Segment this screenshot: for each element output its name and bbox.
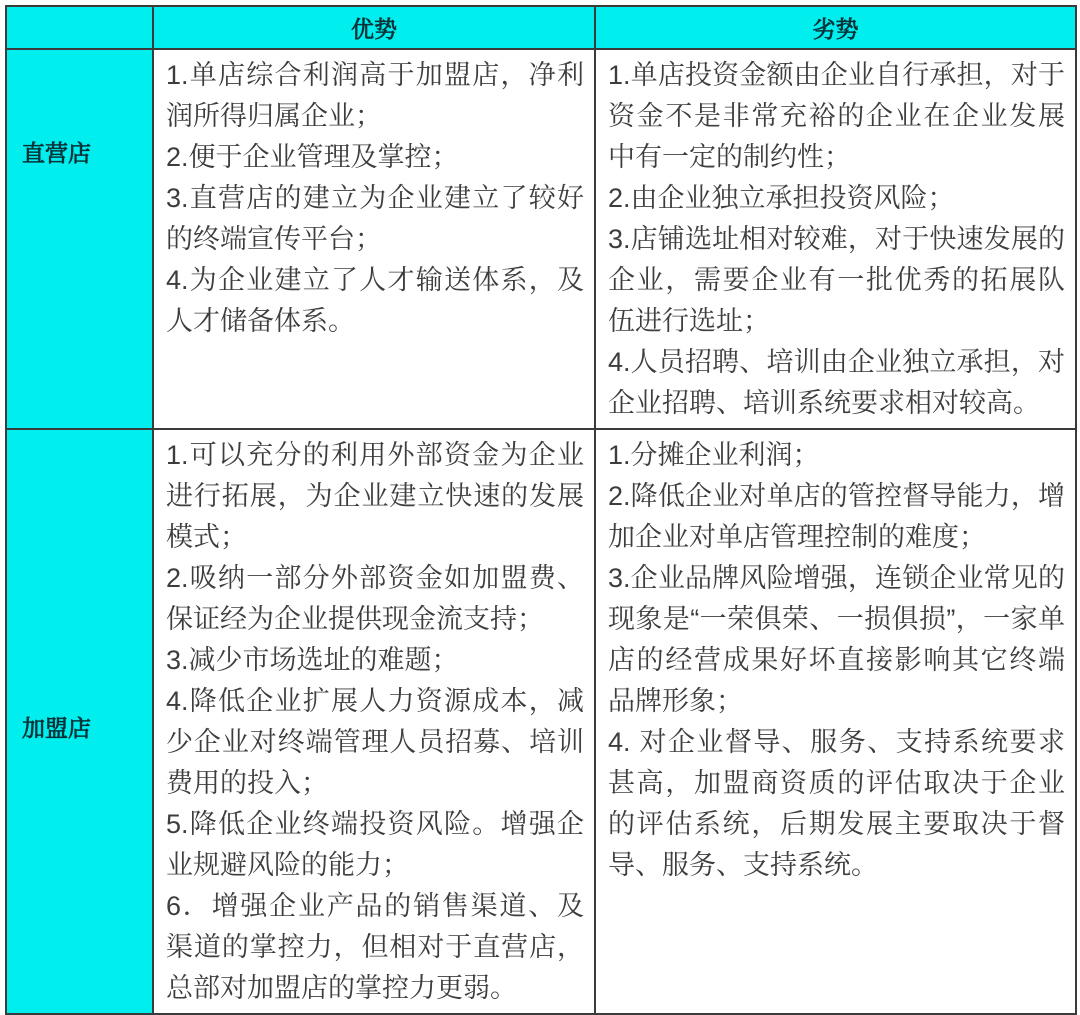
franchise-store-disadvantages-cell: 1.分摊企业利润； 2.降低企业对单店的管控督导能力，增加企业对单店管理控制的难… <box>595 429 1076 1014</box>
direct-store-advantages-cell: 1.单店综合利润高于加盟店，净利润所得归属企业； 2.便于企业管理及掌控； 3.… <box>153 49 595 429</box>
list-item: 3.直营店的建立为企业建立了较好的终端宣传平台； <box>166 178 584 260</box>
comparison-table: 优势 劣势 直营店 1.单店综合利润高于加盟店，净利润所得归属企业； 2.便于企… <box>5 5 1077 1015</box>
list-item: 4.为企业建立了人才输送体系，及人才储备体系。 <box>166 260 584 342</box>
list-item: 1.分摊企业利润； <box>608 435 1065 476</box>
list-item: 1.可以充分的利用外部资金为企业进行拓展，为企业建立快速的发展模式； <box>166 435 584 558</box>
row-label-franchise-store: 加盟店 <box>6 429 153 1014</box>
direct-store-disadvantages-cell: 1.单店投资金额由企业自行承担，对于资金不是非常充裕的企业在企业发展中有一定的制… <box>595 49 1076 429</box>
list-item: 5.降低企业终端投资风险。增强企业规避风险的能力； <box>166 804 584 886</box>
table-row-direct-store: 直营店 1.单店综合利润高于加盟店，净利润所得归属企业； 2.便于企业管理及掌控… <box>6 49 1076 429</box>
list-item: 2.降低企业对单店的管控督导能力，增加企业对单店管理控制的难度； <box>608 476 1065 558</box>
list-item: 4.降低企业扩展人力资源成本，减少企业对终端管理人员招募、培训费用的投入； <box>166 681 584 804</box>
row-label-direct-store: 直营店 <box>6 49 153 429</box>
list-item: 3.企业品牌风险增强，连锁企业常见的现象是“一荣俱荣、一损俱损”，一家单店的经营… <box>608 558 1065 722</box>
list-item: 1.单店投资金额由企业自行承担，对于资金不是非常充裕的企业在企业发展中有一定的制… <box>608 55 1065 178</box>
list-item: 4. 对企业督导、服务、支持系统要求甚高，加盟商资质的评估取决于企业的评估系统，… <box>608 722 1065 886</box>
column-header-advantages: 优势 <box>153 6 595 49</box>
list-item: 2.吸纳一部分外部资金如加盟费、保证经为企业提供现金流支持； <box>166 558 584 640</box>
table-row-franchise-store: 加盟店 1.可以充分的利用外部资金为企业进行拓展，为企业建立快速的发展模式； 2… <box>6 429 1076 1014</box>
page: 优势 劣势 直营店 1.单店综合利润高于加盟店，净利润所得归属企业； 2.便于企… <box>0 0 1080 947</box>
corner-cell <box>6 6 153 49</box>
header-row: 优势 劣势 <box>6 6 1076 49</box>
list-item: 1.单店综合利润高于加盟店，净利润所得归属企业； <box>166 55 584 137</box>
list-item: 2.便于企业管理及掌控； <box>166 137 584 178</box>
franchise-store-advantages-cell: 1.可以充分的利用外部资金为企业进行拓展，为企业建立快速的发展模式； 2.吸纳一… <box>153 429 595 1014</box>
list-item: 2.由企业独立承担投资风险； <box>608 178 1065 219</box>
list-item: 6．增强企业产品的销售渠道、及渠道的掌控力，但相对于直营店，总部对加盟店的掌控力… <box>166 886 584 1009</box>
list-item: 3.减少市场选址的难题； <box>166 640 584 681</box>
column-header-disadvantages: 劣势 <box>595 6 1076 49</box>
list-item: 3.店铺选址相对较难，对于快速发展的企业，需要企业有一批优秀的拓展队伍进行选址； <box>608 219 1065 342</box>
list-item: 4.人员招聘、培训由企业独立承担，对企业招聘、培训系统要求相对较高。 <box>608 342 1065 424</box>
